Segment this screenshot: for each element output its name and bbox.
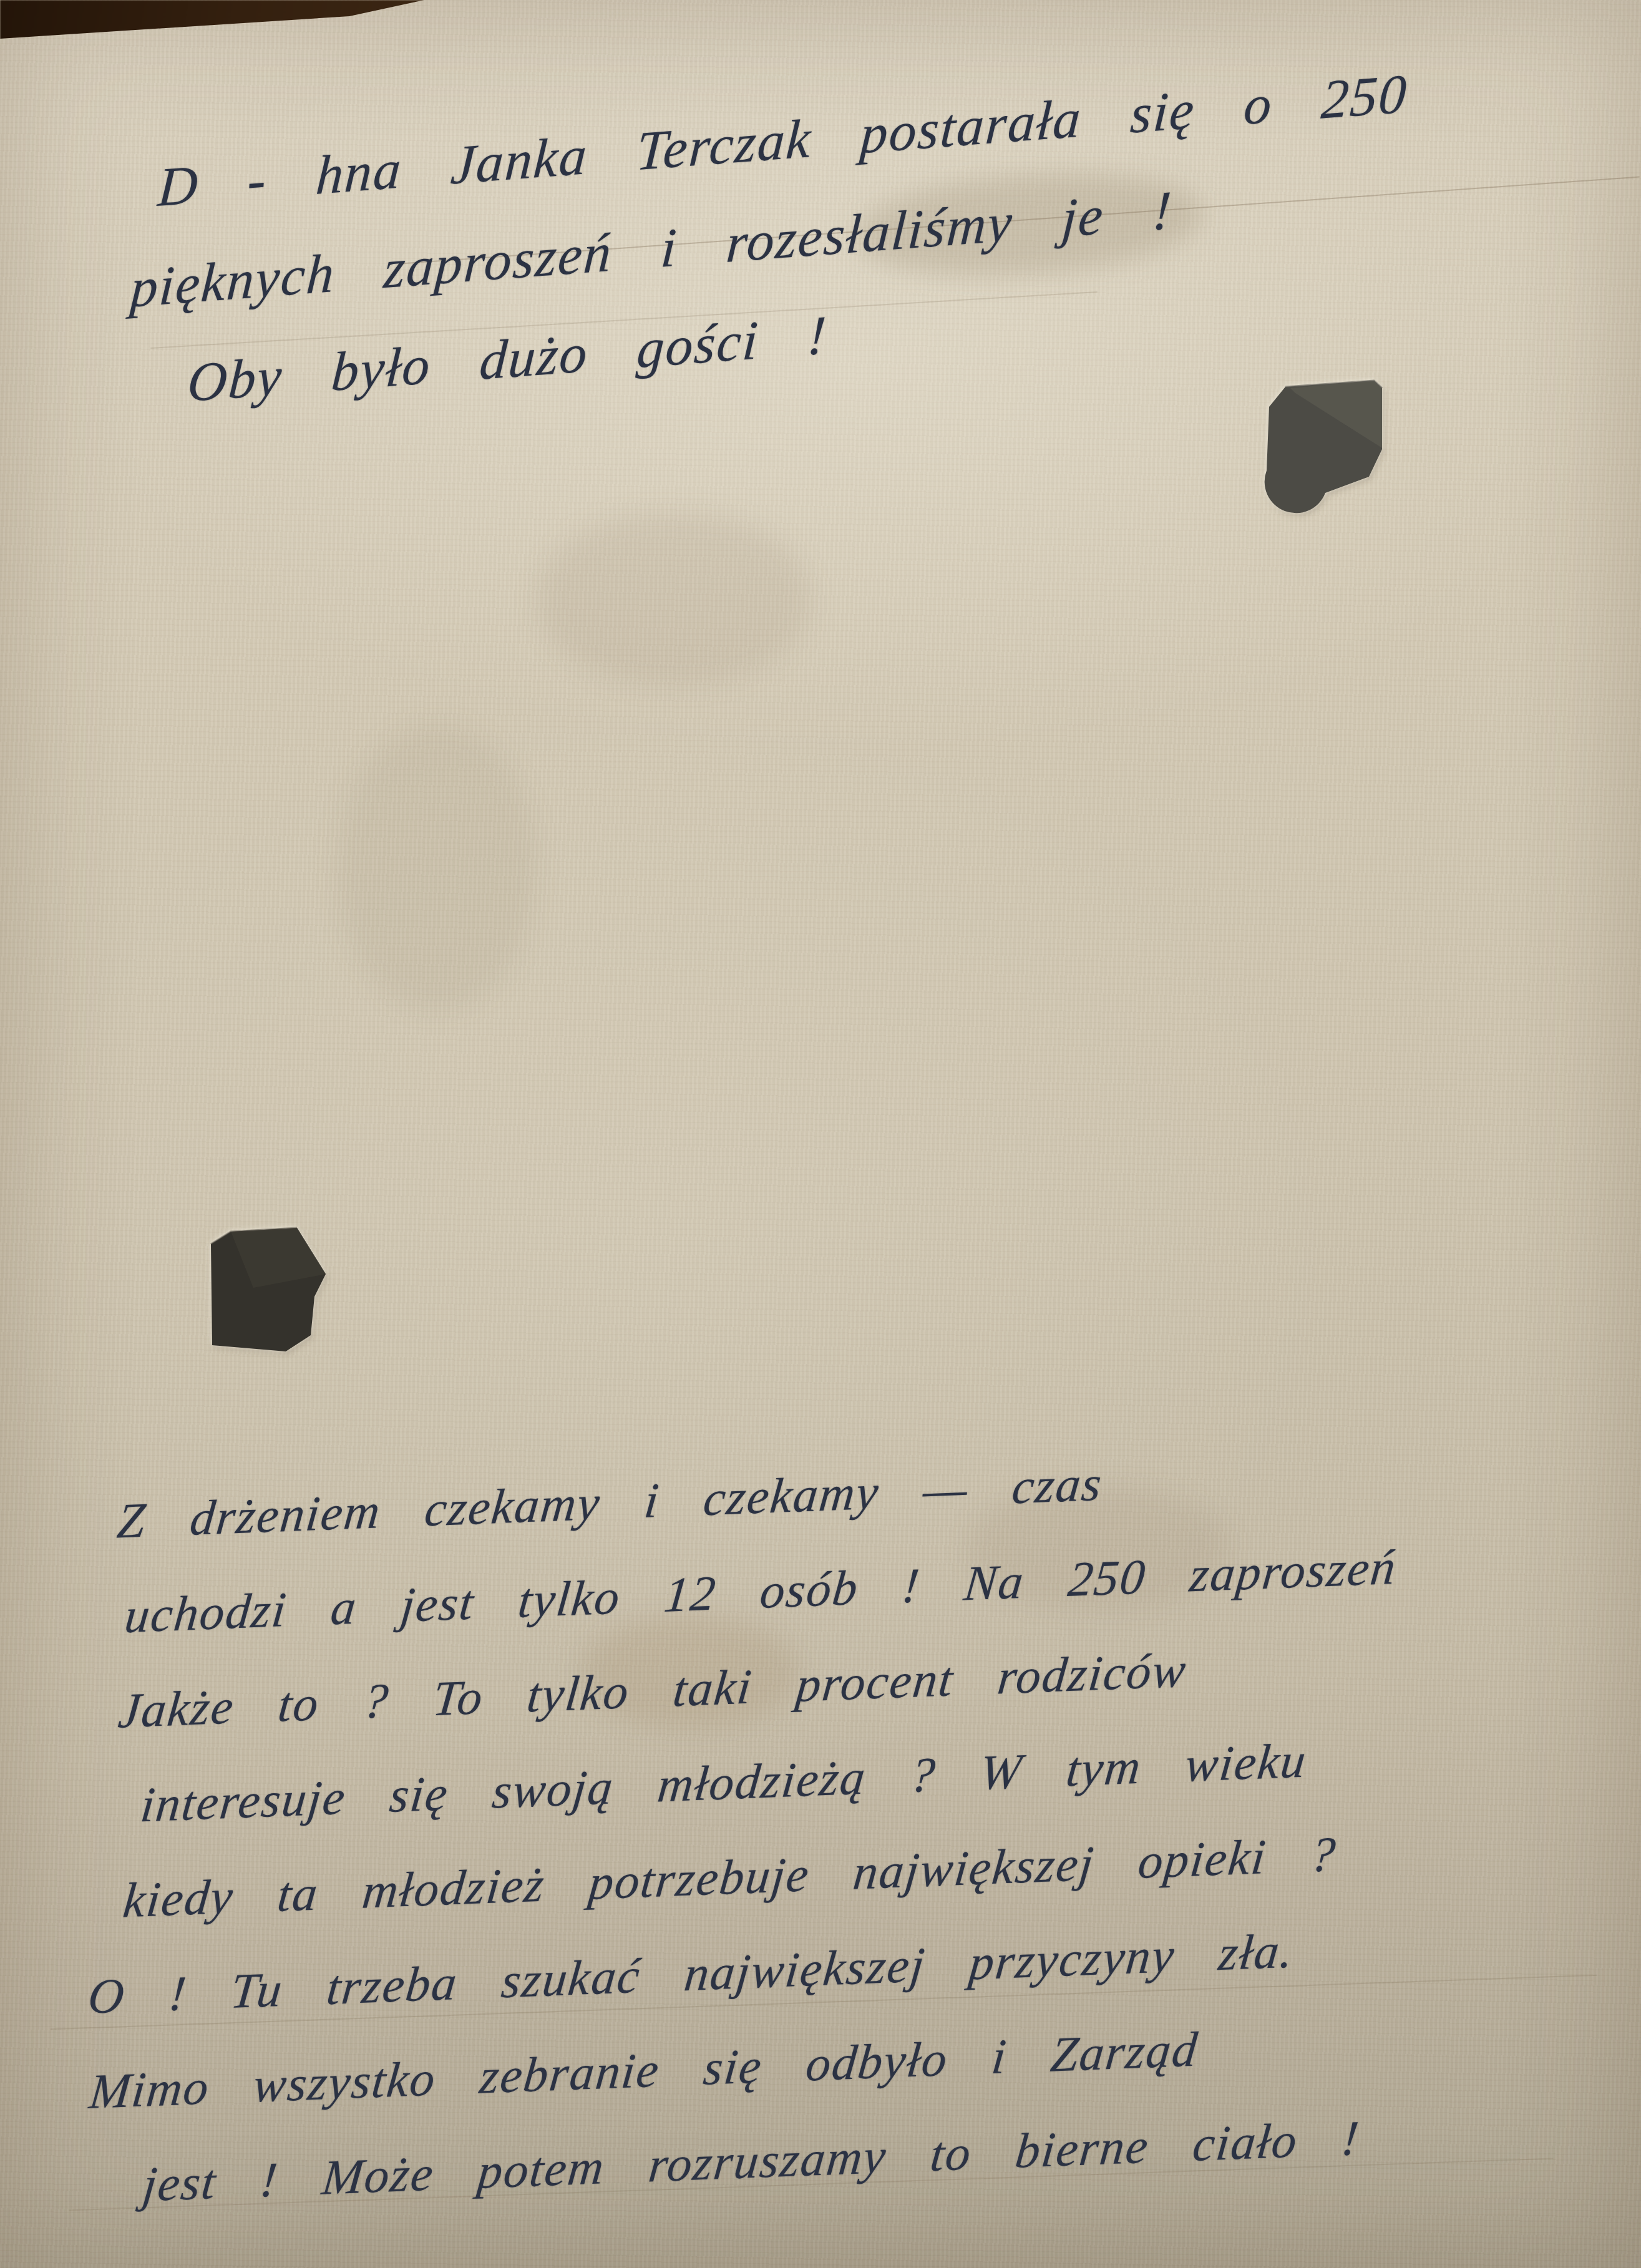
paper-stain bbox=[537, 512, 811, 686]
album-cover-edge bbox=[0, 0, 424, 44]
photo-corner-mount-top-right bbox=[1230, 351, 1390, 517]
album-page: D - hna Janka Terczak postarała się o 25… bbox=[0, 0, 1641, 2268]
handwritten-note-bottom: Z drżeniem czekamy i czekamy — czas ucho… bbox=[60, 1419, 1598, 2235]
photo-corner-mount-left bbox=[173, 1212, 333, 1359]
paper-stain bbox=[337, 724, 537, 1011]
